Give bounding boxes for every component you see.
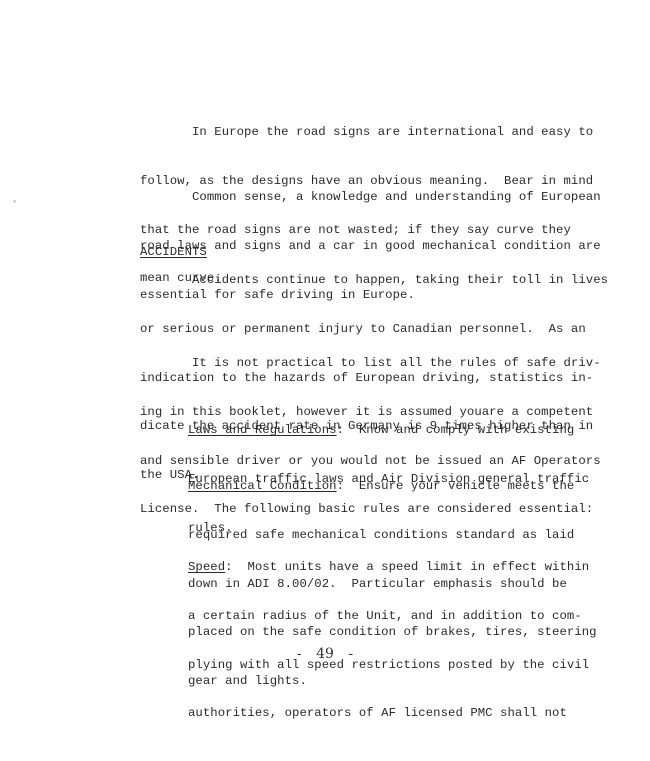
- text-line: In Europe the road signs are internation…: [140, 124, 593, 140]
- text-line: : Ensure your vehicle meets the: [337, 479, 575, 493]
- page-number: - 49 -: [0, 646, 650, 662]
- text-line: It is not practical to list all the rule…: [140, 355, 601, 371]
- text-line: : Most units have a speed limit in effec…: [225, 560, 589, 574]
- text-line: : Know and comply with existing: [337, 423, 575, 437]
- rule-label: Laws and Regulations: [188, 423, 337, 437]
- rule-label: Mechanical Condition: [188, 479, 337, 493]
- text-line: authorities, operators of AF licensed PM…: [188, 705, 589, 721]
- text-line: Common sense, a knowledge and understand…: [140, 189, 601, 205]
- rule-speed: Speed: Most units have a speed limit in …: [188, 527, 589, 754]
- rule-label: Speed: [188, 560, 225, 574]
- document-page: In Europe the road signs are internation…: [0, 0, 650, 761]
- scan-speck: [13, 200, 16, 203]
- text-line: Accidents continue to happen, taking the…: [140, 272, 608, 288]
- text-line: a certain radius of the Unit, and in add…: [188, 608, 589, 624]
